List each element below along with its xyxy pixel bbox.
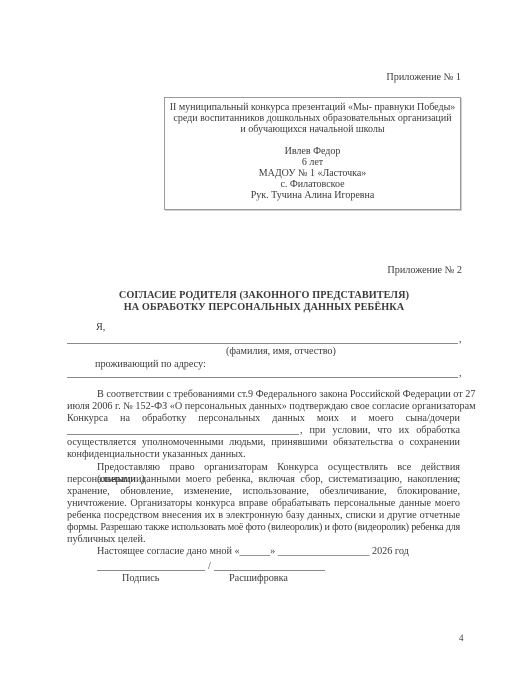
fio-hint: (фамилия, имя, отчество) (226, 346, 336, 358)
date-day-field[interactable]: ______ (240, 546, 271, 557)
fio-field-comma: , (459, 334, 462, 346)
participant-name: Ивлев Федор (165, 146, 460, 157)
consent-title-line-1: СОГЛАСИЕ РОДИТЕЛЯ (ЗАКОННОГО ПРЕДСТАВИТЕ… (0, 290, 514, 302)
date-mid: » (270, 546, 278, 557)
para1-line3: Конкурса на обработку персональных данны… (67, 413, 460, 425)
appendix-2-label: Приложение № 2 (300, 265, 462, 277)
signature-separator: / (208, 561, 211, 573)
para2-line5: ребенка посредством внесения их в электр… (67, 510, 460, 522)
appendix-1-label: Приложение № 1 (300, 72, 461, 84)
para1-line6: конфиденциальности указанных данных. (67, 449, 246, 461)
contest-line-3: и обучающихся начальной школы (165, 124, 460, 135)
signature-field[interactable] (97, 570, 205, 571)
i-label: Я, (96, 322, 105, 334)
para2-line2: персональными данными моего ребенка, вкл… (67, 474, 460, 486)
participant-info-box: II муниципальный конкурса презентаций «М… (164, 97, 461, 210)
address-field-comma: , (459, 368, 462, 380)
contest-line-1: II муниципальный конкурса презентаций «М… (165, 102, 460, 113)
address-label: проживающий по адресу: (95, 359, 206, 371)
date-year: 2026 год (369, 546, 408, 557)
transcript-field[interactable] (214, 570, 325, 571)
para2-line7: публичных целей. (67, 534, 146, 546)
page-number: 4 (459, 632, 464, 644)
signature-label: Подпись (122, 573, 159, 585)
para2-line4: уничтожение. Организаторы конкурса вправ… (67, 498, 460, 510)
para1-line2: июля 2006 г. № 152-ФЗ «О персональных да… (67, 401, 476, 413)
para1-line1: В соответствии с требованиями ст.9 Федер… (97, 389, 475, 401)
participant-village: с. Филатовское (165, 179, 460, 190)
participant-supervisor: Рук. Тучина Алина Игоревна (165, 190, 460, 201)
consent-title-line-2: НА ОБРАБОТКУ ПЕРСОНАЛЬНЫХ ДАННЫХ РЕБЁНКА (0, 302, 514, 314)
address-field[interactable] (67, 377, 458, 378)
para1-line4-tail: , при условии, что их обработка (300, 425, 460, 437)
para2-line6: формы. Разрешаю также использовать моё ф… (67, 522, 460, 534)
participant-organization: МАДОУ № 1 «Ласточка» (165, 168, 460, 179)
para2-line3: хранение, обновление, изменение, использ… (67, 486, 460, 498)
date-month-field[interactable]: __________________ (278, 546, 370, 557)
contest-line-2: среди воспитанников дошкольных образоват… (165, 113, 460, 124)
consent-date-line: Настоящее согласие дано мной «______» __… (97, 546, 409, 558)
date-prefix: Настоящее согласие дано мной « (97, 546, 240, 557)
fio-field[interactable] (67, 343, 458, 344)
participant-age: 6 лет (165, 157, 460, 168)
transcript-label: Расшифровка (229, 573, 288, 585)
child-name-field[interactable] (67, 434, 299, 435)
para1-line5: осуществляется уполномоченными людьми, п… (67, 437, 460, 449)
